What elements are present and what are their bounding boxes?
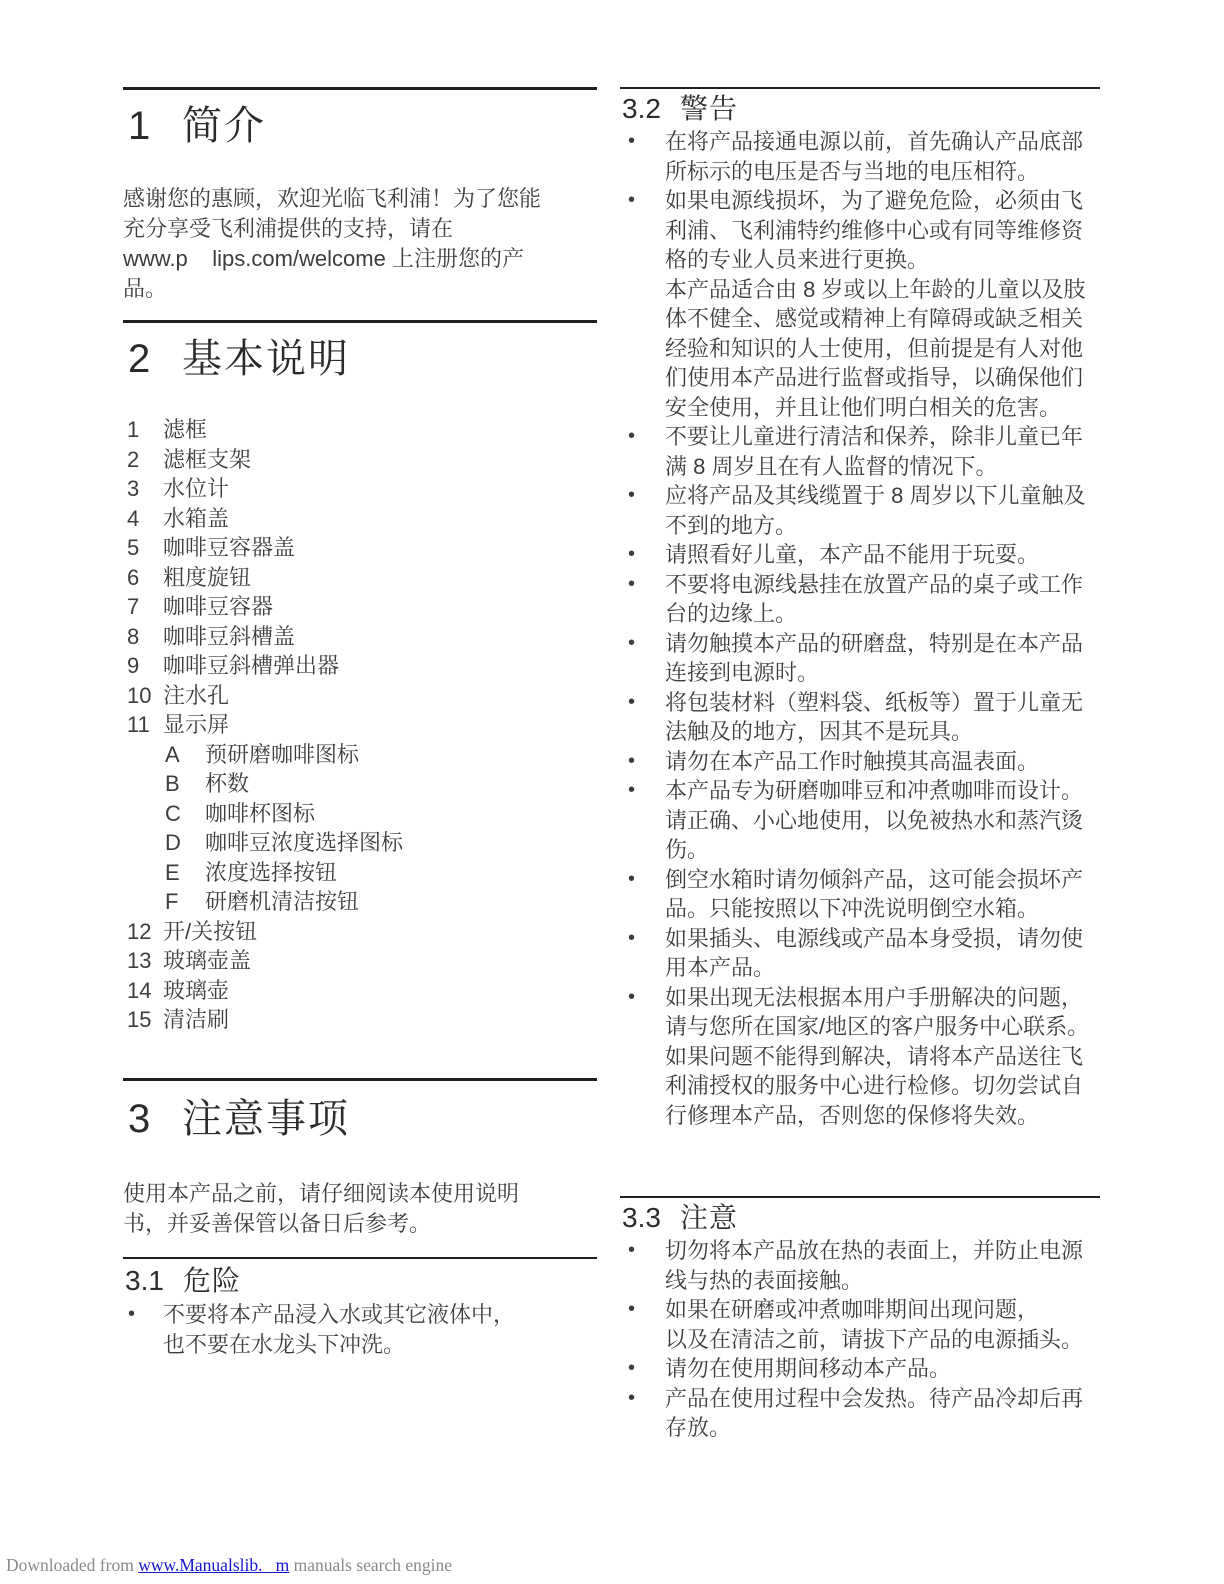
bullet-text: 请勿在本产品工作时触摸其高温表面。 <box>665 747 1100 777</box>
parts-list-item: 9咖啡豆斜槽弹出器 <box>123 651 597 681</box>
bullet-dot: • <box>620 983 665 1131</box>
display-list-item: D咖啡豆浓度选择图标 <box>123 828 597 858</box>
bullet-continuation-text: 本产品适合由 8 岁或以上年龄的儿童以及肢体不健全、感觉或精神上有障碍或缺乏相关… <box>665 275 1100 423</box>
section-3-heading: 3 注意事项 <box>123 1095 597 1143</box>
item-label: 咖啡豆斜槽弹出器 <box>163 651 339 681</box>
parts-list-item: 7咖啡豆容器 <box>123 592 597 622</box>
bullet-text: 请照看好儿童，本产品不能用于玩耍。 <box>665 540 1100 570</box>
bullet-dot: • <box>620 747 665 777</box>
bullet-dot: • <box>620 1295 665 1354</box>
bullet-text: 切勿将本产品放在热的表面上，并防止电源线与热的表面接触。 <box>665 1236 1100 1295</box>
item-label: 咖啡豆容器 <box>163 592 273 622</box>
bullet-dot: • <box>620 1236 665 1295</box>
bullet-text: 请勿在使用期间移动本产品。 <box>665 1354 1100 1384</box>
item-letter: D <box>165 828 205 858</box>
intro-paragraph: 感谢您的惠顾，欢迎光临飞利浦！为了您能充分享受飞利浦提供的支持，请在 www.p… <box>123 184 560 304</box>
divider <box>620 87 1100 89</box>
item-label: 杯数 <box>205 769 249 799</box>
parts-list-item: 15清洁刷 <box>123 1005 597 1035</box>
bullet-text: 将包装材料（塑料袋、纸板等）置于儿童无法触及的地方，因其不是玩具。 <box>665 688 1100 747</box>
subsection-3-3-heading: 3.3 注意 <box>620 1201 1100 1235</box>
subsection-number: 3.3 <box>620 1201 680 1235</box>
section-introduction: 1 简介 感谢您的惠顾，欢迎光临飞利浦！为了您能充分享受飞利浦提供的支持，请在 … <box>123 87 597 304</box>
parts-list-item: 11显示屏 <box>123 710 597 740</box>
bullet-text: 如果电源线损坏，为了避免危险，必须由飞利浦、飞利浦特约维修中心或有同等维修资格的… <box>665 186 1100 275</box>
warning-bullet: •在将产品接通电源以前，首先确认产品底部所标示的电压是否与当地的电压相符。 <box>620 127 1100 186</box>
divider <box>620 1196 1100 1198</box>
caution-bullet: •切勿将本产品放在热的表面上，并防止电源线与热的表面接触。 <box>620 1236 1100 1295</box>
bullet-dot: • <box>620 865 665 924</box>
item-label: 咖啡杯图标 <box>205 799 315 829</box>
item-label: 咖啡豆容器盖 <box>163 533 295 563</box>
item-label: 清洁刷 <box>163 1005 229 1035</box>
subsection-3-2-heading: 3.2 警告 <box>620 92 1100 126</box>
warning-bullet: •如果电源线损坏，为了避免危险，必须由飞利浦、飞利浦特约维修中心或有同等维修资格… <box>620 186 1100 422</box>
section-title: 简介 <box>182 102 266 150</box>
danger-bullet: • 不要将本产品浸入水或其它液体中， 也不要在水龙头下冲洗。 <box>123 1300 597 1359</box>
warning-bullet: •请勿触摸本产品的研磨盘，特别是在本产品连接到电源时。 <box>620 629 1100 688</box>
bullet-text: 产品在使用过程中会发热。待产品冷却后再存放。 <box>665 1384 1100 1443</box>
caution-bullet: •产品在使用过程中会发热。待产品冷却后再存放。 <box>620 1384 1100 1443</box>
divider <box>123 1257 597 1259</box>
section-important: 3 注意事项 使用本产品之前，请仔细阅读本使用说明书，并妥善保管以备日后参考。 … <box>123 1078 597 1359</box>
item-label: 滤框 <box>163 415 207 445</box>
caution-bullet: •请勿在使用期间移动本产品。 <box>620 1354 1100 1384</box>
subsection-caution: 3.3 注意 •切勿将本产品放在热的表面上，并防止电源线与热的表面接触。 •如果… <box>620 1196 1100 1443</box>
bullet-dot: • <box>620 186 665 422</box>
section-number: 2 <box>123 335 182 383</box>
parts-list-item: 2滤框支架 <box>123 445 597 475</box>
parts-list-item: 8咖啡豆斜槽盖 <box>123 622 597 652</box>
item-number: 9 <box>127 651 163 681</box>
item-number: 6 <box>127 563 163 593</box>
bullet-dot: • <box>620 924 665 983</box>
item-label: 浓度选择按钮 <box>205 858 337 888</box>
parts-list-item: 5咖啡豆容器盖 <box>123 533 597 563</box>
section-number: 1 <box>123 102 182 150</box>
item-number: 4 <box>127 504 163 534</box>
item-label: 注水孔 <box>163 681 229 711</box>
bullet-dot: • <box>123 1300 163 1359</box>
subsection-number: 3.2 <box>620 92 680 126</box>
section-title: 注意事项 <box>182 1095 350 1143</box>
bullet-dot: • <box>620 1384 665 1443</box>
bullet-dot: • <box>620 688 665 747</box>
item-label: 滤框支架 <box>163 445 251 475</box>
subsection-warning: 3.2 警告 •在将产品接通电源以前，首先确认产品底部所标示的电压是否与当地的电… <box>620 87 1100 1130</box>
divider <box>123 1078 597 1081</box>
parts-list-item: 6粗度旋钮 <box>123 563 597 593</box>
warning-bullet: •将包装材料（塑料袋、纸板等）置于儿童无法触及的地方，因其不是玩具。 <box>620 688 1100 747</box>
bullet-text: 应将产品及其线缆置于 8 周岁以下儿童触及不到的地方。 <box>665 481 1100 540</box>
item-label: 水箱盖 <box>163 504 229 534</box>
bullet-dot: • <box>620 481 665 540</box>
bullet-text: 如果插头、电源线或产品本身受损，请勿使用本产品。 <box>665 924 1100 983</box>
bullet-text: 在将产品接通电源以前，首先确认产品底部所标示的电压是否与当地的电压相符。 <box>665 127 1100 186</box>
display-list-item: C咖啡杯图标 <box>123 799 597 829</box>
subsection-title: 危险 <box>183 1264 241 1298</box>
item-label: 玻璃壶 <box>163 976 229 1006</box>
bullet-dot: • <box>620 540 665 570</box>
parts-list-item: 1滤框 <box>123 415 597 445</box>
display-list-item: E浓度选择按钮 <box>123 858 597 888</box>
bullet-dot: • <box>620 127 665 186</box>
warning-bullet: •不要让儿童进行清洁和保养，除非儿童已年满 8 周岁且在有人监督的情况下。 <box>620 422 1100 481</box>
item-number: 2 <box>127 445 163 475</box>
item-number: 14 <box>127 976 163 1006</box>
item-letter: B <box>165 769 205 799</box>
bullet-text: 如果出现无法根据本用户手册解决的问题，请与您所在国家/地区的客户服务中心联系。如… <box>665 983 1100 1131</box>
parts-list-item: 10注水孔 <box>123 681 597 711</box>
item-label: 研磨机清洁按钮 <box>205 887 359 917</box>
item-label: 显示屏 <box>163 710 229 740</box>
warning-bullet: •请勿在本产品工作时触摸其高温表面。 <box>620 747 1100 777</box>
divider <box>123 320 597 323</box>
item-number: 10 <box>127 681 163 711</box>
section-number: 3 <box>123 1095 182 1143</box>
item-number: 15 <box>127 1005 163 1035</box>
warning-bullet: •请照看好儿童，本产品不能用于玩耍。 <box>620 540 1100 570</box>
item-letter: F <box>165 887 205 917</box>
section-2-heading: 2 基本说明 <box>123 335 597 383</box>
bullet-text: 如果在研磨或冲煮咖啡期间出现问题， 以及在清洁之前，请拔下产品的电源插头。 <box>665 1295 1100 1354</box>
caution-bullet-list: •切勿将本产品放在热的表面上，并防止电源线与热的表面接触。 •如果在研磨或冲煮咖… <box>620 1236 1100 1443</box>
divider <box>123 87 597 90</box>
item-label: 开/关按钮 <box>163 917 257 947</box>
manual-page: 1 简介 感谢您的惠顾，欢迎光临飞利浦！为了您能充分享受飞利浦提供的支持，请在 … <box>0 0 1224 1584</box>
item-letter: E <box>165 858 205 888</box>
item-label: 玻璃壶盖 <box>163 946 251 976</box>
footer-suffix-text: manuals search engine <box>289 1555 452 1575</box>
subsection-title: 警告 <box>680 92 738 126</box>
bullet-text: 不要让儿童进行清洁和保养，除非儿童已年满 8 周岁且在有人监督的情况下。 <box>665 422 1100 481</box>
display-list-item: B杯数 <box>123 769 597 799</box>
warning-bullet: •如果出现无法根据本用户手册解决的问题，请与您所在国家/地区的客户服务中心联系。… <box>620 983 1100 1131</box>
bullet-text: 请勿触摸本产品的研磨盘，特别是在本产品连接到电源时。 <box>665 629 1100 688</box>
warning-bullet: •应将产品及其线缆置于 8 周岁以下儿童触及不到的地方。 <box>620 481 1100 540</box>
item-number: 3 <box>127 474 163 504</box>
parts-list: 1滤框 2滤框支架 3水位计 4水箱盖 5咖啡豆容器盖 6粗度旋钮 7咖啡豆容器… <box>123 415 597 1035</box>
bullet-dot: • <box>620 422 665 481</box>
bullet-dot: • <box>620 629 665 688</box>
parts-list-item: 4水箱盖 <box>123 504 597 534</box>
item-number: 1 <box>127 415 163 445</box>
warning-bullet: •倒空水箱时请勿倾斜产品，这可能会损坏产品。只能按照以下冲洗说明倒空水箱。 <box>620 865 1100 924</box>
warning-bullet-list: •在将产品接通电源以前，首先确认产品底部所标示的电压是否与当地的电压相符。 •如… <box>620 127 1100 1130</box>
subsection-number: 3.1 <box>123 1264 183 1298</box>
item-number: 5 <box>127 533 163 563</box>
item-letter: A <box>165 740 205 770</box>
bullet-dot: • <box>620 776 665 865</box>
bullet-text: 不要将本产品浸入水或其它液体中， 也不要在水龙头下冲洗。 <box>163 1300 597 1359</box>
caution-bullet: •如果在研磨或冲煮咖啡期间出现问题， 以及在清洁之前，请拔下产品的电源插头。 <box>620 1295 1100 1354</box>
item-number: 13 <box>127 946 163 976</box>
manualslib-link[interactable]: www.Manualslib. m <box>138 1555 289 1575</box>
footer: Downloaded from www.Manualslib. m manual… <box>6 1554 452 1576</box>
parts-list-item: 12开/关按钮 <box>123 917 597 947</box>
item-label: 咖啡豆浓度选择图标 <box>205 828 403 858</box>
parts-list-item: 3水位计 <box>123 474 597 504</box>
item-label: 预研磨咖啡图标 <box>205 740 359 770</box>
display-list-item: F研磨机清洁按钮 <box>123 887 597 917</box>
item-label: 粗度旋钮 <box>163 563 251 593</box>
parts-list-item: 13玻璃壶盖 <box>123 946 597 976</box>
section-overview: 2 基本说明 1滤框 2滤框支架 3水位计 4水箱盖 5咖啡豆容器盖 6粗度旋钮… <box>123 320 597 1035</box>
item-label: 咖啡豆斜槽盖 <box>163 622 295 652</box>
bullet-dot: • <box>620 570 665 629</box>
item-number: 11 <box>127 710 163 740</box>
warning-bullet: •本产品专为研磨咖啡豆和冲煮咖啡而设计。请正确、小心地使用，以免被热水和蒸汽烫伤… <box>620 776 1100 865</box>
subsection-title: 注意 <box>680 1201 738 1235</box>
section-1-heading: 1 简介 <box>123 102 597 150</box>
item-number: 7 <box>127 592 163 622</box>
bullet-text: 本产品专为研磨咖啡豆和冲煮咖啡而设计。请正确、小心地使用，以免被热水和蒸汽烫伤。 <box>665 776 1100 865</box>
danger-bullet-list: • 不要将本产品浸入水或其它液体中， 也不要在水龙头下冲洗。 <box>123 1300 597 1359</box>
warning-bullet: •不要将电源线悬挂在放置产品的桌子或工作台的边缘上。 <box>620 570 1100 629</box>
bullet-dot: • <box>620 1354 665 1384</box>
bullet-text: 不要将电源线悬挂在放置产品的桌子或工作台的边缘上。 <box>665 570 1100 629</box>
item-number: 12 <box>127 917 163 947</box>
item-label: 水位计 <box>163 474 229 504</box>
important-paragraph: 使用本产品之前，请仔细阅读本使用说明书，并妥善保管以备日后参考。 <box>123 1179 560 1239</box>
parts-list-item: 14玻璃壶 <box>123 976 597 1006</box>
item-letter: C <box>165 799 205 829</box>
footer-prefix-text: Downloaded from <box>6 1555 138 1575</box>
display-list-item: A预研磨咖啡图标 <box>123 740 597 770</box>
warning-bullet: •如果插头、电源线或产品本身受损，请勿使用本产品。 <box>620 924 1100 983</box>
item-number: 8 <box>127 622 163 652</box>
section-title: 基本说明 <box>182 335 350 383</box>
subsection-3-1-heading: 3.1 危险 <box>123 1264 597 1298</box>
bullet-text: 倒空水箱时请勿倾斜产品，这可能会损坏产品。只能按照以下冲洗说明倒空水箱。 <box>665 865 1100 924</box>
